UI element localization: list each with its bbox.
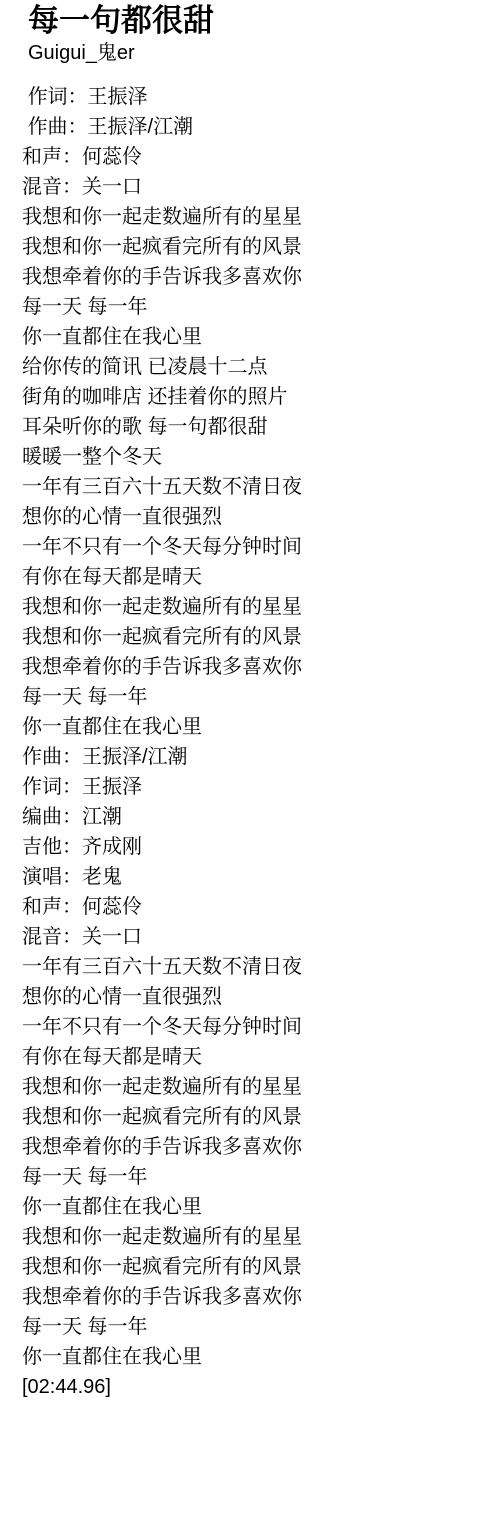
lyric-line: 一年有三百六十五天数不清日夜 — [22, 952, 490, 982]
lyric-line: 一年有三百六十五天数不清日夜 — [22, 472, 490, 502]
lyric-line: [02:44.96] — [22, 1372, 490, 1402]
lyric-line: 暖暖一整个冬天 — [22, 442, 490, 472]
lyric-line: 一年不只有一个冬天每分钟时间 — [22, 532, 490, 562]
lyric-line: 演唱：老鬼 — [22, 862, 490, 892]
lyric-line: 你一直都住在我心里 — [22, 322, 490, 352]
lyric-line: 和声：何蕊伶 — [22, 892, 490, 922]
lyric-line: 每一天 每一年 — [22, 1312, 490, 1342]
lyrics-page: 每一句都很甜 Guigui_鬼er 作词：王振泽 作曲：王振泽/江潮和声：何蕊伶… — [0, 0, 500, 1540]
lyric-line: 每一天 每一年 — [22, 292, 490, 322]
lyric-line: 每一天 每一年 — [22, 1162, 490, 1192]
lyric-line: 每一天 每一年 — [22, 682, 490, 712]
lyric-line: 耳朵听你的歌 每一句都很甜 — [22, 412, 490, 442]
lyric-line: 作词：王振泽 — [22, 772, 490, 802]
lyric-line: 给你传的简讯 已凌晨十二点 — [22, 352, 490, 382]
lyric-line: 我想牵着你的手告诉我多喜欢你 — [22, 1132, 490, 1162]
lyric-line: 混音：关一口 — [22, 922, 490, 952]
lyric-line: 想你的心情一直很强烈 — [22, 502, 490, 532]
lyric-line: 混音：关一口 — [22, 172, 490, 202]
lyric-line: 我想和你一起疯看完所有的风景 — [22, 232, 490, 262]
lyric-line: 你一直都住在我心里 — [22, 712, 490, 742]
lyric-line: 作词：王振泽 — [22, 82, 490, 112]
lyric-line: 一年不只有一个冬天每分钟时间 — [22, 1012, 490, 1042]
lyric-line: 有你在每天都是晴天 — [22, 562, 490, 592]
lyric-line: 我想和你一起走数遍所有的星星 — [22, 1222, 490, 1252]
lyrics-body: 作词：王振泽 作曲：王振泽/江潮和声：何蕊伶混音：关一口我想和你一起走数遍所有的… — [22, 82, 490, 1402]
lyric-line: 我想和你一起疯看完所有的风景 — [22, 1102, 490, 1132]
lyric-line: 我想牵着你的手告诉我多喜欢你 — [22, 652, 490, 682]
song-title: 每一句都很甜 — [28, 2, 490, 40]
artist-name: Guigui_鬼er — [28, 40, 490, 66]
lyric-line: 我想和你一起走数遍所有的星星 — [22, 1072, 490, 1102]
lyric-line: 作曲：王振泽/江潮 — [22, 742, 490, 772]
lyric-line: 你一直都住在我心里 — [22, 1342, 490, 1372]
lyric-line: 我想和你一起疯看完所有的风景 — [22, 1252, 490, 1282]
lyric-line: 街角的咖啡店 还挂着你的照片 — [22, 382, 490, 412]
lyric-line: 我想和你一起走数遍所有的星星 — [22, 202, 490, 232]
lyric-line: 想你的心情一直很强烈 — [22, 982, 490, 1012]
lyric-line: 吉他：齐成刚 — [22, 832, 490, 862]
lyric-line: 我想和你一起走数遍所有的星星 — [22, 592, 490, 622]
lyric-line: 你一直都住在我心里 — [22, 1192, 490, 1222]
lyric-line: 和声：何蕊伶 — [22, 142, 490, 172]
lyric-line: 编曲：江潮 — [22, 802, 490, 832]
lyric-line: 作曲：王振泽/江潮 — [22, 112, 490, 142]
lyric-line: 我想牵着你的手告诉我多喜欢你 — [22, 262, 490, 292]
lyric-line: 我想牵着你的手告诉我多喜欢你 — [22, 1282, 490, 1312]
lyric-line: 有你在每天都是晴天 — [22, 1042, 490, 1072]
lyric-line: 我想和你一起疯看完所有的风景 — [22, 622, 490, 652]
